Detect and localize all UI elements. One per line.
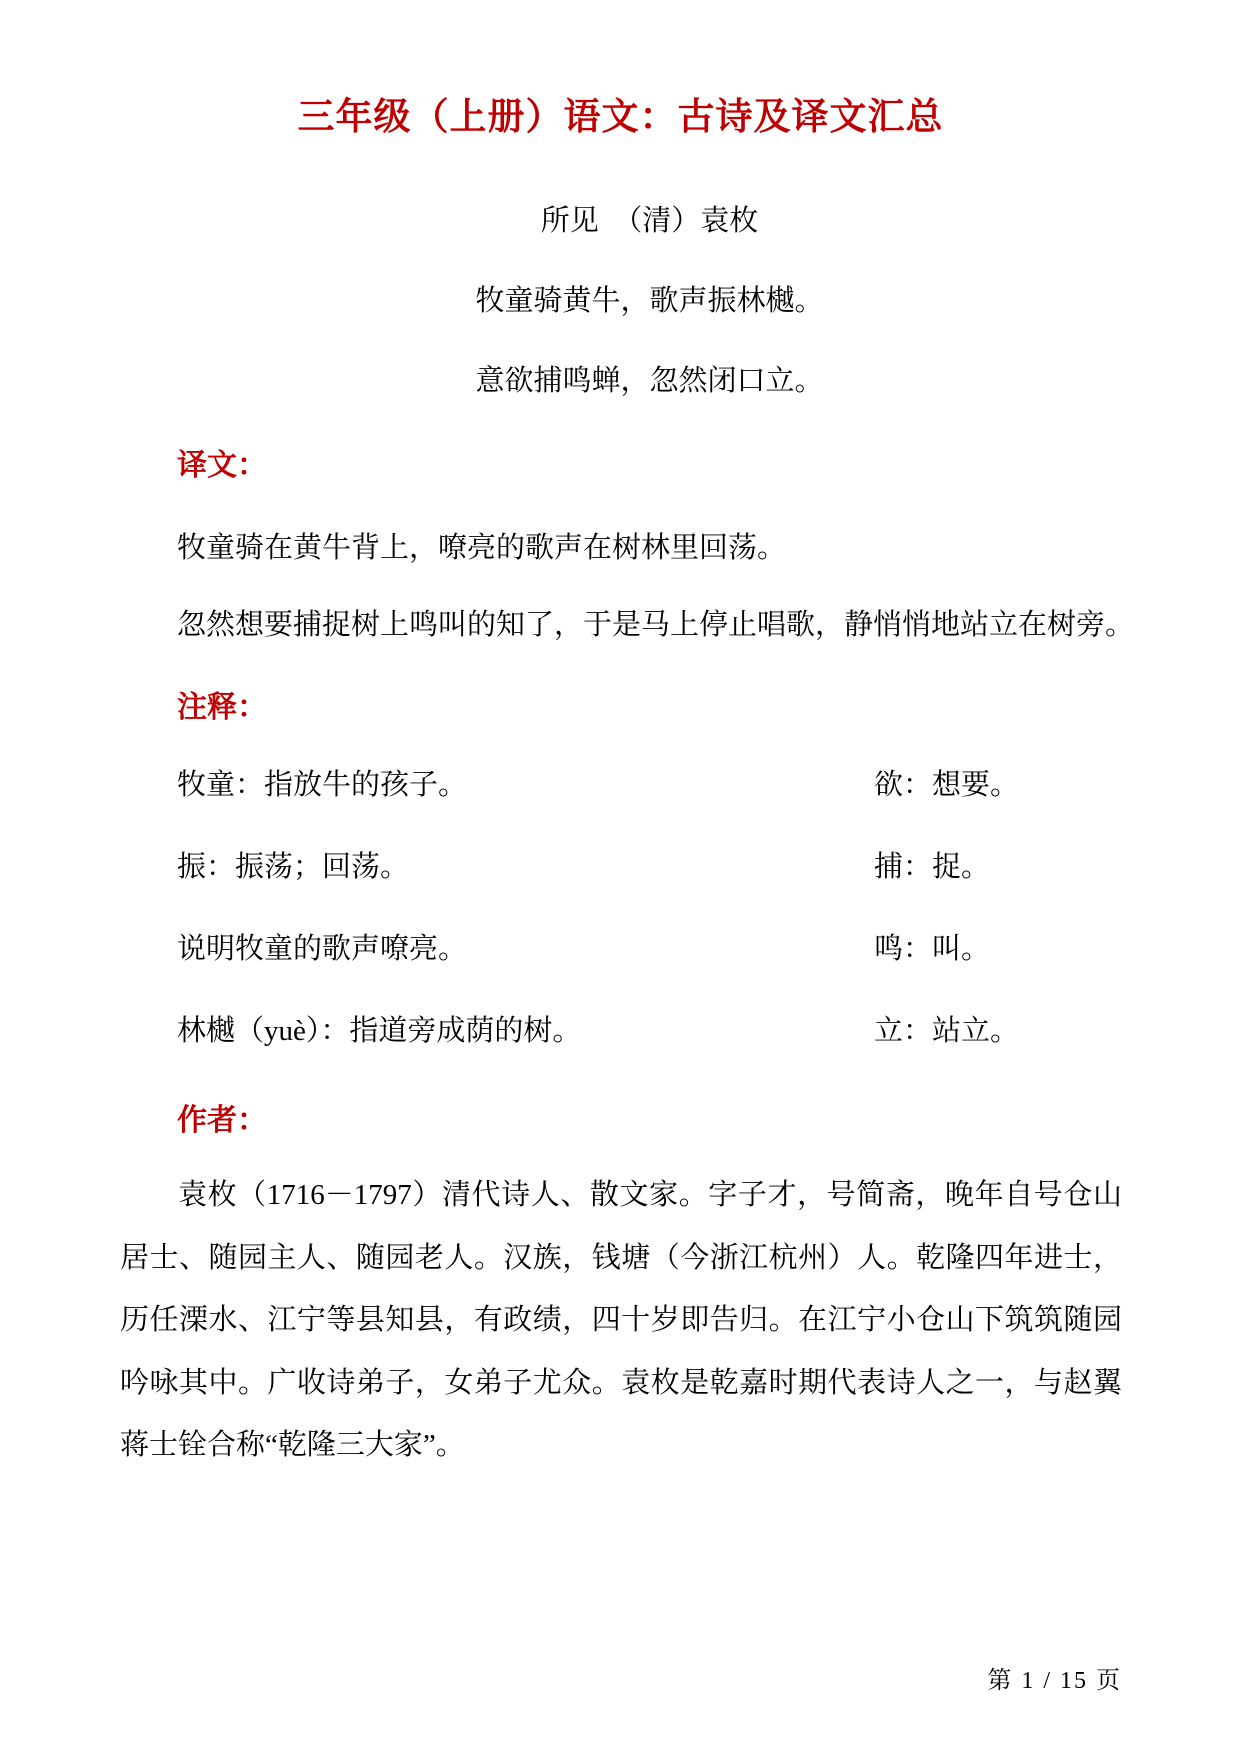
note-row: 振：振荡；回荡。 捕：捉。 (177, 844, 409, 885)
note-term-left: 说明牧童的歌声嘹亮。 (177, 933, 467, 965)
note-term-left: 林樾（yuè）：指道旁成荫的树。 (177, 1015, 581, 1047)
translation-section-heading: 译文： (177, 440, 267, 484)
document-title: 三年级（上册）语文：古诗及译文汇总 (0, 86, 1241, 140)
note-term-right: 捕：捉。 (874, 844, 990, 885)
poem-line: 牧童骑黄牛，歌声振林樾。 (177, 278, 1122, 319)
note-term-right: 立：站立。 (874, 1008, 1019, 1049)
note-term-right: 鸣：叫。 (874, 926, 990, 967)
author-biography: 袁枚（1716－1797）清代诗人、散文家。字子才，号简斋，晚年自号仓山居士、随… (120, 1164, 1122, 1477)
author-section-heading: 作者： (177, 1095, 267, 1139)
notes-section-heading: 注释： (177, 682, 267, 726)
translation-line: 忽然想要捕捉树上鸣叫的知了，于是马上停止唱歌，静悄悄地站立在树旁。 (177, 602, 1134, 643)
translation-line: 牧童骑在黄牛背上，嘹亮的歌声在树林里回荡。 (177, 525, 786, 566)
note-row: 林樾（yuè）：指道旁成荫的树。 立：站立。 (177, 1008, 581, 1049)
poem-title-author: 所见 （清）袁枚 (177, 198, 1122, 239)
note-term-left: 牧童：指放牛的孩子。 (177, 769, 467, 801)
page-number-indicator: 第 1 / 15 页 (987, 1660, 1122, 1695)
note-term-left: 振：振荡；回荡。 (177, 851, 409, 883)
note-row: 牧童：指放牛的孩子。 欲：想要。 (177, 762, 467, 803)
poem-line: 意欲捕鸣蝉，忽然闭口立。 (177, 358, 1122, 399)
document-page: 三年级（上册）语文：古诗及译文汇总 所见 （清）袁枚 牧童骑黄牛，歌声振林樾。 … (0, 0, 1241, 1754)
note-term-right: 欲：想要。 (874, 762, 1019, 803)
note-row: 说明牧童的歌声嘹亮。 鸣：叫。 (177, 926, 467, 967)
